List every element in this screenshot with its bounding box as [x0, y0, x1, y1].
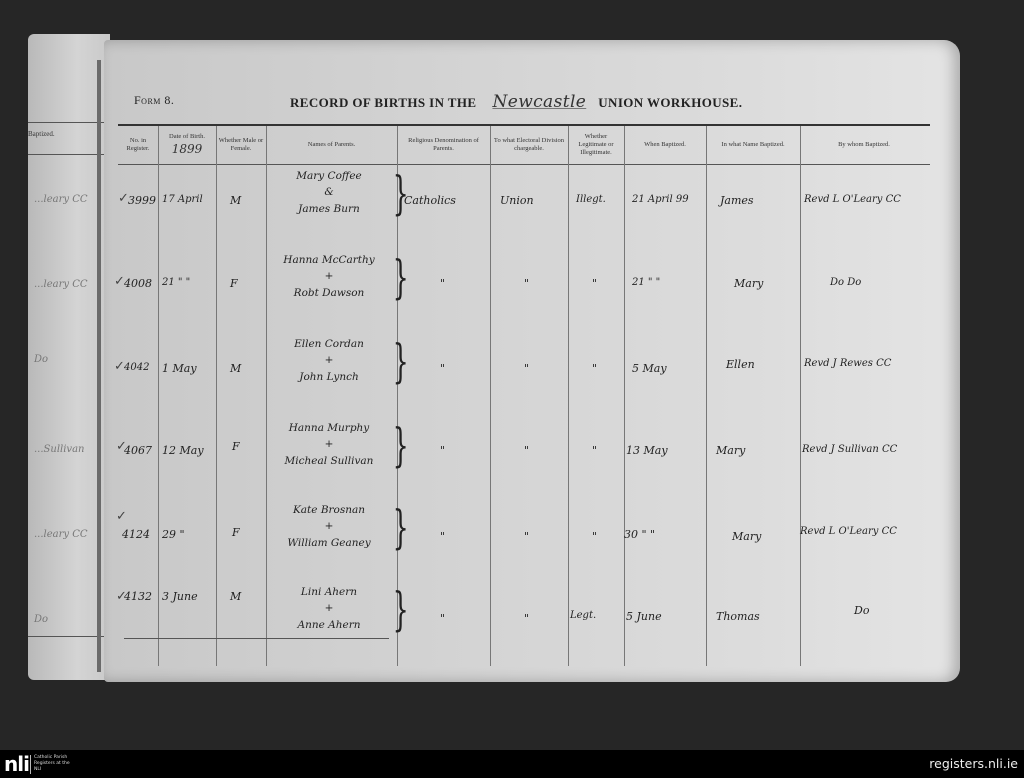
- mother: Hanna Murphy: [268, 420, 390, 436]
- parents: Mary Coffee&James Burn: [268, 168, 390, 217]
- parents: Hanna Murphy+Micheal Sullivan: [268, 420, 390, 469]
- header-label: Date of Birth.: [169, 133, 205, 141]
- header-top-rule: [118, 124, 930, 126]
- date-of-birth: 21 " ": [162, 277, 190, 288]
- baptized-name: Mary: [732, 530, 761, 543]
- brace: }: [393, 254, 409, 300]
- register-number: 4132: [124, 590, 152, 603]
- date-of-birth: 1 May: [162, 362, 197, 375]
- image-viewer: Baptized. ...leary CC ...leary CC Do ...…: [0, 0, 1024, 750]
- column-header-number: No. in Register.: [118, 127, 158, 163]
- brace: }: [393, 586, 409, 632]
- left-fragment: ...leary CC: [34, 279, 88, 290]
- division: ": [524, 530, 529, 543]
- divider: [28, 122, 108, 123]
- header-year: 1899: [172, 142, 203, 157]
- left-fragment: Do: [34, 614, 48, 625]
- sex: F: [232, 440, 240, 453]
- parents: Lini Ahern+Anne Ahern: [268, 584, 390, 633]
- division: ": [524, 362, 529, 375]
- baptized-name: Mary: [716, 444, 745, 457]
- baptized-name: Mary: [734, 277, 763, 290]
- title-prefix: RECORD OF BIRTHS IN THE: [290, 95, 476, 110]
- father: James Burn: [268, 201, 390, 217]
- sex: M: [230, 590, 241, 603]
- parents: Ellen Cordan+John Lynch: [268, 336, 390, 385]
- baptized-by: Revd L O'Leary CC: [800, 526, 897, 537]
- religion: Catholics: [404, 194, 456, 207]
- legitimacy: ": [592, 277, 597, 290]
- date-of-birth: 3 June: [162, 590, 198, 603]
- baptized-name: James: [720, 194, 754, 207]
- baptized-date: 30 " ": [624, 528, 655, 541]
- mother: Ellen Cordan: [268, 336, 390, 352]
- father: Robt Dawson: [268, 285, 390, 301]
- register-number: 3999: [128, 194, 156, 207]
- column-divider: [158, 126, 159, 666]
- sex: M: [230, 362, 241, 375]
- column-divider: [266, 126, 267, 666]
- nli-logo: nli: [4, 754, 29, 774]
- legitimacy: ": [592, 362, 597, 375]
- register-number: 4124: [122, 528, 150, 541]
- column-header-legitimacy: Whether Legitimate or Illegitimate.: [568, 127, 624, 163]
- baptized-name: Ellen: [726, 358, 755, 371]
- sex: F: [232, 526, 240, 539]
- register-number: 4008: [124, 277, 152, 290]
- register-number: 4067: [124, 444, 152, 457]
- baptized-name: Thomas: [716, 610, 760, 623]
- brace: }: [393, 504, 409, 550]
- religion: ": [440, 277, 445, 290]
- site-link[interactable]: registers.nli.ie: [929, 756, 1018, 771]
- form-label: Form 8.: [134, 93, 174, 108]
- baptized-date: 5 June: [626, 610, 662, 623]
- date-of-birth: 12 May: [162, 444, 204, 457]
- sex: F: [230, 277, 238, 290]
- column-divider: [490, 126, 491, 666]
- column-header-baptized-name: In what Name Baptized.: [706, 127, 800, 163]
- father: Micheal Sullivan: [268, 453, 390, 469]
- legitimacy: Illegt.: [576, 194, 606, 205]
- mother: Kate Brosnan: [268, 502, 390, 518]
- religion: ": [440, 530, 445, 543]
- religion: ": [440, 612, 445, 625]
- brace: }: [393, 170, 409, 216]
- baptized-date: 21 April 99: [632, 194, 689, 205]
- footer-bar: nli Catholic Parish Registers at the NLI…: [0, 750, 1024, 778]
- baptized-by: Revd J Sullivan CC: [802, 444, 897, 455]
- parents: Kate Brosnan+William Geaney: [268, 502, 390, 551]
- column-divider: [568, 126, 569, 666]
- column-divider: [706, 126, 707, 666]
- check-mark-icon: ✓: [116, 508, 127, 524]
- division: ": [524, 612, 529, 625]
- column-header-parents: Names of Parents.: [266, 127, 397, 163]
- mother: Hanna McCarthy: [268, 252, 390, 268]
- division: ": [524, 444, 529, 457]
- left-fragment: ...leary CC: [34, 529, 88, 540]
- column-header-division: To what Electoral Division chargeable.: [490, 127, 568, 163]
- column-header-religion: Religious Denomination of Parents.: [397, 127, 490, 163]
- baptized-by: Do Do: [830, 277, 861, 288]
- division: ": [524, 277, 529, 290]
- column-header-baptized-by: By whom Baptized.: [800, 127, 928, 163]
- logo-divider: [30, 755, 31, 774]
- register-page: Form 8. RECORD OF BIRTHS IN THENewcastle…: [104, 40, 960, 682]
- left-fragment: ...Sullivan: [34, 444, 84, 455]
- column-header-sex: Whether Male or Female.: [216, 127, 266, 163]
- father: John Lynch: [268, 369, 390, 385]
- header-bottom-rule: [118, 164, 930, 165]
- legitimacy: ": [592, 530, 597, 543]
- register-number: 4042: [124, 362, 149, 373]
- left-fragment: ...leary CC: [34, 194, 88, 205]
- mother: Lini Ahern: [268, 584, 390, 600]
- parents: Hanna McCarthy+Robt Dawson: [268, 252, 390, 301]
- end-of-entries-rule: [124, 638, 389, 639]
- brace: }: [393, 422, 409, 468]
- logo-caption: Catholic Parish Registers at the NLI: [34, 755, 74, 773]
- book-spine: [97, 60, 101, 672]
- baptized-date: 13 May: [626, 444, 668, 457]
- divider: [28, 154, 108, 155]
- column-divider: [800, 126, 801, 666]
- date-of-birth: 17 April: [162, 194, 203, 205]
- column-header-baptized-date: When Baptized.: [624, 127, 706, 163]
- division: Union: [500, 194, 534, 207]
- religion: ": [440, 444, 445, 457]
- baptized-by: Do: [854, 604, 869, 617]
- divider: [28, 636, 108, 637]
- column-header-dob: Date of Birth.1899: [158, 127, 216, 163]
- title-suffix: UNION WORKHOUSE.: [598, 95, 742, 110]
- baptized-by: Revd J Rewes CC: [804, 358, 891, 369]
- baptized-date: 5 May: [632, 362, 667, 375]
- legitimacy: Legt.: [570, 610, 596, 621]
- column-divider: [624, 126, 625, 666]
- mother: Mary Coffee: [268, 168, 390, 184]
- legitimacy: ": [592, 444, 597, 457]
- title-union-name: Newcastle: [492, 92, 586, 112]
- baptized-by: Revd L O'Leary CC: [804, 194, 901, 205]
- baptized-date: 21 " ": [632, 277, 660, 288]
- father: Anne Ahern: [268, 617, 390, 633]
- left-fragment: Do: [34, 354, 48, 365]
- date-of-birth: 29 ": [162, 528, 185, 541]
- page-title: RECORD OF BIRTHS IN THENewcastleUNION WO…: [290, 92, 742, 112]
- sex: M: [230, 194, 241, 207]
- religion: ": [440, 362, 445, 375]
- brace: }: [393, 338, 409, 384]
- column-divider: [216, 126, 217, 666]
- father: William Geaney: [268, 535, 390, 551]
- left-page-header: Baptized.: [28, 130, 55, 138]
